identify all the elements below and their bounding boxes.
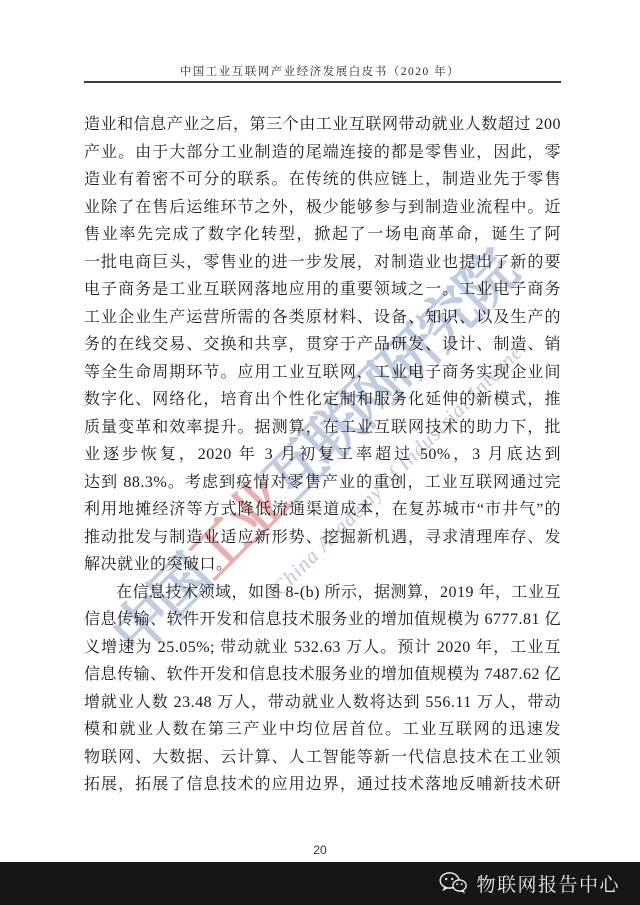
body-line-paragraph-end: 解决就业的突破口。 — [84, 551, 561, 579]
footer-watermark-label: 物联网报告中心 — [476, 870, 620, 897]
body-line: 一批电商巨头，零售业的进一步发展，对制造业也提出了新的要求。工业 — [84, 249, 561, 277]
body-line: 利用地摊经济等方式降低流通渠道成本，在复苏城市“市井气”的同时， — [84, 496, 561, 524]
body-line: 业逐步恢复，2020 年 3 月初复工率超过 50%，3 月底达到 72.4%，… — [84, 441, 561, 469]
body-line: 模和就业人数在第三产业中均位居首位。工业互联网的迅速发展，带动了 — [84, 716, 561, 744]
footer-watermark-bar: 物联网报告中心 — [0, 862, 640, 905]
body-line: 增就业人数 23.48 万人，带动就业人数将达到 556.11 万人，带动增加值… — [84, 689, 561, 717]
body-line: 电子商务是工业互联网落地应用的重要领域之一。工业电子商务聚焦于 — [84, 276, 561, 304]
body-line: 数字化、网络化，培育出个性化定制和服务化延伸的新模式，推动制造业 — [84, 386, 561, 414]
wechat-icon — [439, 872, 467, 895]
body-text-block: 造业和信息产业之后，第三个由工业互联网带动就业人数超过 200 万人的 产业。由… — [84, 111, 561, 799]
body-line: 售业率先完成了数字化转型，掀起了一场电商革命，诞生了阿里、京东等 — [84, 221, 561, 249]
body-line-paragraph-start: 在信息技术领域，如图 8-(b) 所示，据测算，2019 年，工业互联网带动 — [84, 579, 561, 607]
body-line: 产业。由于大部分工业制造的尾端连接的都是零售业，因此，零售业与制 — [84, 139, 561, 167]
body-line: 拓展，拓展了信息技术的应用边界，通过技术落地反哺新技术研发，实现 — [84, 771, 561, 799]
body-line: 信息传输、软件开发和信息技术服务业的增加值规模为 7487.62 亿元，新 — [84, 661, 561, 689]
body-line: 业除了在售后运维环节之外，极少能够参与到制造业流程中。近年来，零 — [84, 194, 561, 222]
body-line: 质量变革和效率提升。据测算，在工业互联网技术的助力下，批发和零售 — [84, 414, 561, 442]
body-line: 务的在线交易、交换和共享，贯穿于产品研发、设计、制造、销售及售后 — [84, 331, 561, 359]
body-line: 造业有着密不可分的联系。在传统的供应链上，制造业先于零售业，零售 — [84, 166, 561, 194]
body-line: 义增速为 25.05%; 带动就业 532.63 万人。预计 2020 年，工业… — [84, 634, 561, 662]
body-line: 等全生命周期环节。应用工业互联网，工业电子商务实现企业间交易环节 — [84, 359, 561, 387]
body-line: 物联网、大数据、云计算、人工智能等新一代信息技术在工业领域的应用 — [84, 744, 561, 772]
body-line: 造业和信息产业之后，第三个由工业互联网带动就业人数超过 200 万人的 — [84, 111, 561, 139]
page-number: 20 — [0, 843, 640, 857]
body-line: 工业企业生产运营所需的各类原材料、设备、知识、以及生产的产品和服 — [84, 304, 561, 332]
body-line: 信息传输、软件开发和信息技术服务业的增加值规模为 6777.81 亿元，名 — [84, 606, 561, 634]
body-line: 达到 88.3%。考虑到疫情对零售产业的重创，工业互联网通过完善产业链， — [84, 469, 561, 497]
document-page: 中国工业互联网产业经济发展白皮书（2020 年） 中国工业互联网研究院 Chin… — [0, 0, 640, 905]
header-rule — [84, 81, 561, 83]
body-line: 推动批发与制造业适应新形势、挖掘新机遇，寻求清理库存、发展产业和 — [84, 524, 561, 552]
page-header-title: 中国工业互联网产业经济发展白皮书（2020 年） — [0, 63, 640, 79]
